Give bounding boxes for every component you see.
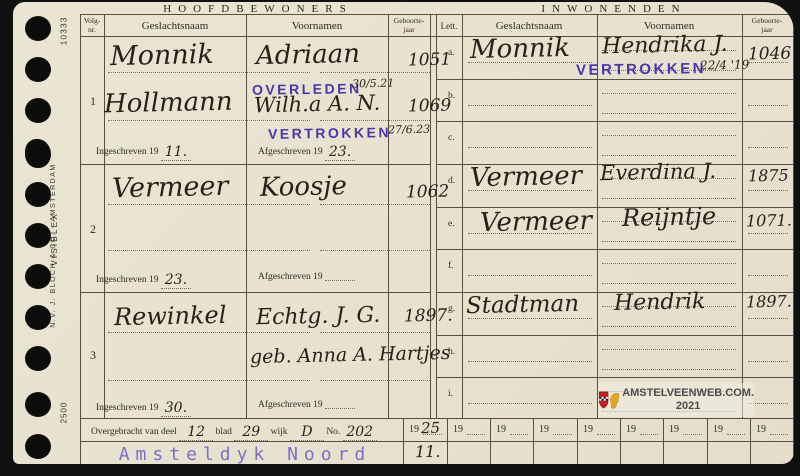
geboortejaar-entry: 1897. (746, 294, 792, 311)
write-line (602, 283, 736, 284)
write-line (320, 250, 430, 251)
write-line (108, 380, 310, 381)
year-cell-filled: 19 25 (403, 418, 447, 441)
geslachtsnaam-entry: Vermeer (112, 173, 229, 202)
inwonende-row-g: g. Stadtman Hendrik 1897. (436, 292, 793, 335)
row-letter: f. (448, 261, 454, 271)
write-line (468, 403, 592, 404)
grid-line (793, 14, 794, 464)
punch-hole (25, 264, 51, 289)
inwonende-row-h: h. (436, 335, 793, 378)
wijk-label: wijk (271, 427, 288, 437)
inwonende-row-c: c. (436, 121, 793, 164)
afgeschreven-label: Afgeschreven 19 (258, 272, 323, 282)
hoofdbewoner-block-3: 3 Rewinkel Echtg. J. G. 1897. geb. Anna … (80, 292, 430, 420)
column-header-lett: Lett. (441, 21, 458, 31)
coat-of-arms-icon (598, 385, 619, 415)
no-value: 202 (343, 424, 377, 441)
punch-hole (25, 346, 51, 371)
column-header-geboortejaar-right: Geboorte-jaar (752, 17, 782, 34)
overgebracht-label: Overgebracht van deel (91, 427, 177, 437)
row-letter: g. (448, 304, 455, 314)
row-letter: b. (448, 91, 455, 101)
voornamen-entry: Everdina J. (600, 161, 716, 184)
year-cell: 19 (707, 418, 750, 441)
afgeschreven-field: Afgeschreven 19 (258, 400, 355, 410)
column-header-voornamen: Voornamen (292, 20, 343, 32)
inwonende-row-f: f. (436, 249, 793, 292)
afgeschreven-label: Afgeschreven 19 (258, 147, 323, 157)
ingeschreven-value: 11. (161, 144, 191, 161)
afgeschreven-value (325, 280, 355, 281)
year-cell: 19 (577, 418, 620, 441)
write-line (748, 361, 788, 362)
geslachtsnaam-entry: Vermeer (470, 163, 583, 191)
watermark: AMSTELVEENWEB.COM. 2021 (598, 383, 754, 417)
write-line (108, 204, 310, 205)
ingeschreven-field: Ingeschreven 19 30. (96, 400, 191, 417)
volgnr: 2 (90, 222, 96, 237)
write-line (320, 332, 430, 333)
punch-hole (25, 98, 51, 123)
write-line (602, 263, 736, 264)
geslachtsnaam-entry: Rewinkel (114, 303, 227, 329)
blad-label: blad (216, 427, 232, 437)
watermark-text: AMSTELVEENWEB.COM. 2021 (622, 387, 754, 413)
punch-hole (25, 57, 51, 82)
write-line (468, 275, 592, 276)
punch-hole (25, 223, 51, 248)
year-cell: 19 (533, 418, 577, 441)
write-line (468, 361, 592, 362)
year-cell: 19 (447, 418, 490, 441)
geslachtsnaam-entry: Stadtman (466, 293, 579, 318)
voornamen-entry: Koosje (260, 173, 347, 201)
voornamen-entry: Echtg. J. G. (256, 305, 381, 330)
voornamen-entry: Hendrika J. (602, 34, 728, 59)
afgeschreven-field: Afgeschreven 19 23. (258, 144, 355, 161)
inwonende-row-b: b. (436, 79, 793, 122)
punch-hole-torn (25, 139, 51, 168)
column-header-geslachtsnaam-right: Geslachtsnaam (496, 20, 563, 32)
year-cell: 19 (750, 418, 793, 441)
afgeschreven-field: Afgeschreven 19 (258, 272, 355, 282)
voornamen-entry: Adriaan (256, 41, 360, 69)
geslachtsnaam-entry: Hollmann (104, 89, 233, 118)
write-line (748, 190, 788, 191)
inwonende-row-d: d. Vermeer Everdina J. 1875 (436, 164, 793, 207)
write-line (602, 135, 736, 136)
ingeschreven-value: 30. (161, 400, 191, 417)
write-line (748, 233, 788, 234)
column-header-geslachtsnaam: Geslachtsnaam (142, 20, 209, 32)
row-letter: d. (448, 176, 455, 186)
row-letter: h. (448, 347, 455, 357)
row-letter: i. (448, 389, 453, 399)
volgnr: 1 (90, 94, 96, 109)
write-line (320, 72, 430, 73)
column-header-volgnr: Volg-nr. (84, 17, 101, 34)
volgnr: 3 (90, 348, 96, 363)
write-line (602, 198, 736, 199)
write-line (602, 369, 736, 370)
scanned-register-card: 10333 VISIBLEX N.V. J. BLOCH & CO. - AMS… (0, 0, 800, 476)
serial-number-bottom: 2500 (59, 402, 68, 424)
year-cell: 19 (620, 418, 663, 441)
write-line (748, 105, 788, 106)
write-line (602, 113, 736, 114)
ingeschreven-label: Ingeschreven 19 (96, 147, 159, 157)
row-letter: c. (448, 133, 455, 143)
geslachtsnaam-entry: Monnik (110, 41, 214, 70)
geboortejaar-entry: 1875 (748, 168, 789, 185)
write-line (602, 326, 736, 327)
blad-value: 29 (234, 424, 268, 441)
geboortejaar-entry: 1071. (746, 213, 792, 230)
write-line (108, 120, 310, 121)
maiden-name-entry: geb. Anna A. Hartjes (250, 344, 451, 367)
punch-hole (25, 434, 51, 459)
write-line (602, 241, 736, 242)
ingeschreven-field: Ingeschreven 19 11. (96, 144, 191, 161)
serial-number-top: 10333 (58, 17, 68, 46)
vertrokken-stamp: VERTROKKEN (576, 61, 706, 78)
house-number: 11. (415, 444, 441, 461)
geboortejaar-entry: 1046 (748, 46, 792, 64)
afgeschreven-value (325, 408, 355, 409)
address-stamp: Amsteldyk Noord (119, 444, 372, 464)
write-line (108, 72, 310, 73)
geslachtsnaam-entry: Monnik (470, 35, 570, 63)
year-cell: 19 (663, 418, 707, 441)
write-line (108, 250, 310, 251)
write-line (468, 147, 592, 148)
hoofdbewoner-block-1: 1 Monnik Adriaan 1051 OVERLEDEN 30/5.21 … (80, 36, 430, 164)
row-letter: e. (448, 219, 455, 229)
punch-hole (25, 16, 51, 41)
ingeschreven-field: Ingeschreven 19 23. (96, 272, 191, 289)
wijk-value: D (290, 424, 324, 441)
write-line (748, 275, 788, 276)
write-line (748, 318, 788, 319)
column-header-voornamen-right: Voornamen (644, 20, 695, 32)
vertrokken-date: 22/4 '19 (700, 58, 750, 71)
ingeschreven-value: 23. (161, 272, 191, 289)
vertrokken-date: 27/6.23 (388, 124, 430, 136)
overgebracht-field: Overgebracht van deel 12 blad 29 wijk D … (91, 424, 377, 441)
write-line (748, 403, 788, 404)
card-paper: 10333 VISIBLEX N.V. J. BLOCH & CO. - AMS… (13, 2, 794, 464)
afgeschreven-value: 23. (325, 144, 355, 161)
write-line (602, 155, 736, 156)
printer-name: N.V. J. BLOCH & CO. - AMSTERDAM (50, 163, 57, 328)
write-line (320, 120, 430, 121)
write-line (320, 380, 430, 381)
column-header-geboortejaar: Geboorte-jaar (394, 17, 424, 34)
write-line (468, 105, 592, 106)
ingeschreven-label: Ingeschreven 19 (96, 403, 159, 413)
deel-value: 12 (179, 424, 213, 441)
punch-hole (25, 305, 51, 330)
no-label: No. (326, 427, 340, 437)
inwonende-row-e: e. Vermeer Reijntje 1071. (436, 207, 793, 250)
hoofdbewoner-block-2: 2 Vermeer Koosje 1062 Ingeschreven 19 23… (80, 164, 430, 292)
write-line (320, 204, 430, 205)
voornamen-entry: Hendrik (614, 291, 706, 315)
year-cell: 19 (490, 418, 533, 441)
write-line (602, 349, 736, 350)
punch-hole (25, 392, 51, 417)
ingeschreven-label: Ingeschreven 19 (96, 275, 159, 285)
overleden-date: 30/5.21 (352, 78, 394, 90)
write-line (108, 332, 310, 333)
write-line (602, 93, 736, 94)
geslachtsnaam-entry: Vermeer (480, 208, 593, 236)
row-letter: a. (448, 48, 455, 58)
afgeschreven-label: Afgeschreven 19 (258, 400, 323, 410)
voornamen-entry: Wilh.a A. N. (254, 93, 381, 117)
vertrokken-stamp: VERTROKKEN (268, 125, 391, 141)
voornamen-entry: Reijntje (622, 204, 717, 230)
punch-hole (25, 182, 51, 207)
write-line (748, 147, 788, 148)
inwonende-row-a: a. Monnik Hendrika J. 1046 VERTROKKEN 22… (436, 36, 793, 79)
